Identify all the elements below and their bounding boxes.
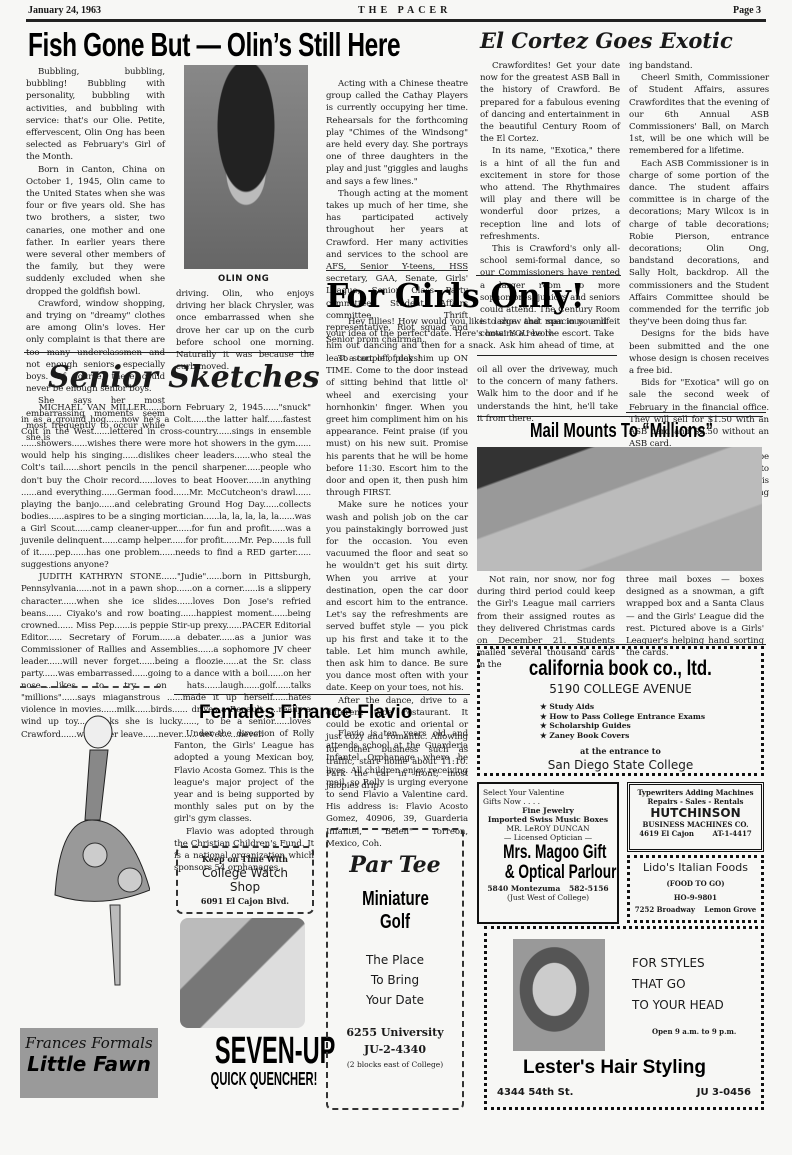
- cal-book-location: San Diego State College: [480, 758, 761, 772]
- magoo-line3: Fine Jewelry: [483, 806, 613, 815]
- girls-only-col2-rule: [477, 355, 617, 356]
- frances-formals-line1: Frances Formals: [20, 1028, 158, 1052]
- dancer-icon: [30, 710, 150, 1010]
- par-tee-name: Par Tee: [328, 852, 462, 878]
- magoo-line1: Select Your Valentine: [483, 788, 613, 797]
- magoo-line2: Gifts Now . . . .: [483, 797, 613, 806]
- mail-sorting-photo: [477, 447, 762, 571]
- hutch-line1: Typewriters Adding Machines: [630, 788, 761, 797]
- hutch-line2: Repairs - Sales - Rentals: [630, 797, 761, 806]
- lesters-ad[interactable]: FOR STYLES THAT GO TO YOUR HEAD Open 9 a…: [484, 926, 764, 1110]
- cal-book-item: ★ Scholarship Guides: [540, 721, 761, 731]
- cal-book-item: ★ How to Pass College Entrance Exams: [540, 712, 761, 722]
- magoo-name1: Mrs. Magoo Gift: [483, 842, 613, 864]
- hutchinson-ad[interactable]: Typewriters Adding Machines Repairs - Sa…: [627, 782, 764, 852]
- lesters-hours: Open 9 a.m. to 9 p.m.: [652, 1027, 736, 1036]
- olin-right-rule: [326, 270, 468, 271]
- girls-only-headline: For Girls Only!: [326, 276, 598, 315]
- hutch-contact: 4619 El CajonAT-1-4417: [630, 829, 761, 838]
- frances-formals-line2: Little Fawn: [20, 1052, 158, 1076]
- el-cortez-right-rule: [626, 412, 766, 413]
- masthead-rule: [26, 19, 766, 22]
- lidos-phone: HO-9-9801: [630, 893, 761, 902]
- par-tee-ad[interactable]: Par Tee Miniature Golf The Place To Brin…: [326, 828, 464, 1110]
- olin-bottom-rule: [24, 352, 314, 353]
- hutch-name: HUTCHINSON: [630, 806, 761, 820]
- par-tee-tag3: Your Date: [328, 990, 462, 1010]
- mail-headline: Mail Mounts To “Millions”: [530, 420, 774, 443]
- lidos-ad[interactable]: Lido's Italian Foods (FOOD TO GO) HO-9-9…: [627, 855, 764, 923]
- cal-book-item: ★ Study Aids: [540, 702, 761, 712]
- olin-photo-caption: OLIN ONG: [218, 274, 269, 284]
- par-tee-sub1: Miniature: [328, 888, 462, 911]
- seven-up-ad[interactable]: SEVEN-UP QUICK QUENCHER!: [178, 1030, 308, 1090]
- magoo-contact: 5840 Montezuma582-5156: [483, 884, 613, 893]
- el-cortez-headline: El Cortez Goes Exotic: [480, 28, 733, 53]
- senior-sketches-headline: Senior Sketches: [48, 360, 320, 395]
- star-icon: ★: [540, 712, 547, 721]
- dress-illustration: [30, 710, 150, 1010]
- mail-bottom-rule: [476, 644, 766, 645]
- magoo-name2: & Optical Parlour: [483, 862, 613, 884]
- star-icon: ★: [540, 702, 547, 711]
- california-book-ad[interactable]: california book co., ltd. 5190 COLLEGE A…: [477, 646, 764, 776]
- magoo-note: (Just West of College): [483, 893, 613, 902]
- girls-only-col1: To start off, pick him up ON TIME. Come …: [326, 353, 468, 792]
- college-watch-ad[interactable]: Keep on Time With College Watch Shop 609…: [176, 846, 314, 914]
- masthead-paper-name: THE PACER: [358, 5, 451, 16]
- par-tee-note: (2 blocks east of College): [328, 1060, 462, 1069]
- par-tee-tag1: The Place: [328, 950, 462, 970]
- cal-book-address: 5190 COLLEGE AVENUE: [480, 682, 761, 696]
- lidos-address-row: 7252 BroadwayLemon Grove: [630, 905, 761, 914]
- flavio-headline: Females Finance Flavio: [199, 702, 412, 724]
- cal-book-item: ★ Zaney Book Covers: [540, 731, 761, 741]
- par-tee-sub2: Golf: [328, 911, 462, 934]
- lesters-address: 4344 54th St.: [497, 1087, 573, 1098]
- watch-name: College Watch Shop: [200, 866, 290, 894]
- masthead-page: Page 3: [733, 5, 761, 16]
- magoo-line5: MR. LeROY DUNCAN: [483, 824, 613, 833]
- senior-sketches-wavy-divider: [20, 686, 160, 692]
- par-tee-tag2: To Bring: [328, 970, 462, 990]
- star-icon: ★: [540, 731, 547, 740]
- el-cortez-col2: ing bandstand. Cheerl Smith, Commissione…: [629, 60, 769, 512]
- seven-up-slogan: QUICK QUENCHER!: [178, 1069, 308, 1090]
- lidos-sub: (FOOD TO GO): [630, 879, 761, 888]
- lidos-name: Lido's Italian Foods: [630, 861, 761, 874]
- olin-headline: Fish Gone But — Olin’s Still Here: [28, 26, 531, 64]
- star-icon: ★: [540, 721, 547, 730]
- lesters-name: Lester's Hair Styling: [523, 1057, 706, 1079]
- magoo-line6: — Licensed Optician —: [483, 833, 613, 842]
- masthead-date: January 24, 1963: [28, 5, 101, 16]
- seven-up-brand: SEVEN-UP: [178, 1030, 308, 1073]
- cal-book-name: california book co., ltd.: [480, 657, 761, 681]
- lesters-phone: JU 3-0456: [697, 1087, 751, 1098]
- mail-top-rule: [477, 416, 763, 417]
- watch-tagline: Keep on Time With: [178, 854, 312, 864]
- frances-formals-ad[interactable]: Frances Formals Little Fawn: [20, 1028, 158, 1098]
- cal-book-location-note: at the entrance to: [480, 746, 761, 756]
- par-tee-address: 6255 University: [328, 1026, 462, 1039]
- magoo-line4: Imported Swiss Music Boxes: [483, 815, 613, 824]
- olin-ong-photo: [184, 65, 308, 269]
- magoo-ad[interactable]: Select Your Valentine Gifts Now . . . . …: [477, 782, 619, 924]
- par-tee-phone: JU-2-4340: [328, 1043, 462, 1056]
- watch-address: 6091 El Cajon Blvd.: [178, 896, 312, 906]
- cal-book-items: ★ Study Aids ★ How to Pass College Entra…: [540, 702, 761, 740]
- lesters-model-photo: [513, 939, 605, 1051]
- hutch-sub: BUSINESS MACHINES CO.: [630, 820, 761, 829]
- seven-up-illustration: [180, 918, 305, 1028]
- lesters-tagline: FOR STYLES THAT GO TO YOUR HEAD: [632, 953, 724, 1016]
